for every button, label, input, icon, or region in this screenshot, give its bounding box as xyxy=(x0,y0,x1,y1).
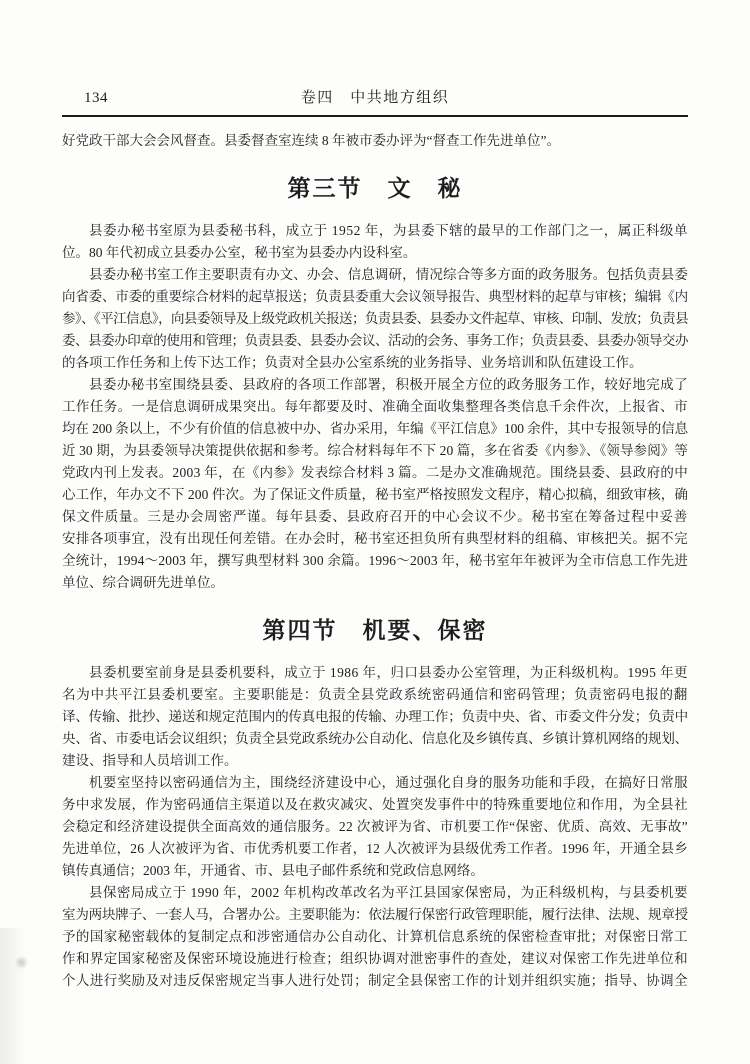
text-line-text: 名为中共平江县委机要室。主要职能是：负责全县党政系统密码通信和密码管理；负责密码… xyxy=(62,687,688,702)
paragraph: 县委机要室前身是县委机要科，成立于 1986 年，归口县委办公室管理，为正科级机… xyxy=(62,662,688,772)
text-line-text: 党政内刊上发表。2003 年，在《内参》发表综合材料 3 篇。二是办文准确规范。… xyxy=(62,465,688,480)
text-line-text: 室为两块牌子、一套人马，合署办公。主要职能为：依法履行保密行政管理职能，履行法律… xyxy=(62,907,688,922)
text-line: 县保密局成立于 1990 年，2002 年机构改革改名为平江县国家保密局，为正科… xyxy=(62,882,688,904)
text-line-text: 单位、综合调研先进单位。 xyxy=(62,575,224,590)
text-line-text: 建设、指导和人员培训工作。 xyxy=(62,753,238,768)
text-line-text: 会稳定和经济建设提供全面高效的通信服务。22 次被评为省、市机要工作“保密、优质… xyxy=(62,819,688,834)
text-line-text: 县委办秘书室原为县委秘书科，成立于 1952 年，为县委下辖的最早的工作部门之一… xyxy=(89,223,688,238)
text-line-text: 全统计，1994～2003 年，撰写典型材料 300 余篇。1996～2003 … xyxy=(62,553,688,568)
text-line: 党政内刊上发表。2003 年，在《内参》发表综合材料 3 篇。二是办文准确规范。… xyxy=(62,462,688,484)
paragraph: 县委办秘书室工作主要职责有办文、办会、信息调研，情况综合等多方面的政务服务。包括… xyxy=(62,264,688,374)
text-line: 安排各项事宜，没有出现任何差错。在办会时，秘书室还担负所有典型材料的组稿、审核把… xyxy=(62,528,688,550)
text-line-text: 央、省、市委电话会议组织；负责全县党政系统办公自动化、信息化及乡镇传真、乡镇计算… xyxy=(62,731,688,746)
text-line: 镇传真通信；2003 年，开通省、市、县电子邮件系统和党政信息网络。 xyxy=(62,860,688,882)
text-line: 保文件质量。三是办会周密严谨。每年县委、县政府召开的中心会议不少。秘书室在筹备过… xyxy=(62,506,688,528)
text-line-text: 县保密局成立于 1990 年，2002 年机构改革改名为平江县国家保密局，为正科… xyxy=(89,885,688,900)
text-line-text: 委、县委办印章的使用和管理；负责县委、县委办会议、活动的会务、事务工作；负责县委… xyxy=(62,333,688,348)
text-line: 均在 200 条以上，不少有价值的信息被中办、省办采用，年编《平江信息》100 … xyxy=(62,418,688,440)
text-line: 县委机要室前身是县委机要科，成立于 1986 年，归口县委办公室管理，为正科级机… xyxy=(62,662,688,684)
sections-container: 第三节 文 秘县委办秘书室原为县委秘书科，成立于 1952 年，为县委下辖的最早… xyxy=(62,173,688,992)
text-line: 的各项工作任务和上传下达工作；负责对全县办公室系统的业务指导、业务培训和队伍建设… xyxy=(62,352,688,374)
text-line-text: 参》、《平江信息》，向县委领导及上级党政机关报送；负责县委、县委办文件起草、审核… xyxy=(62,311,688,326)
scan-smudge xyxy=(15,956,28,969)
section-heading: 第三节 文 秘 xyxy=(62,173,688,203)
carryover-paragraph-line: 好党政干部大会会风督查。县委督查室连续 8 年被市委办评为“督查工作先进单位”。 xyxy=(62,130,688,152)
text-line: 先进单位，26 人次被评为省、市优秀机要工作者，12 人次被评为县级优秀工作者。… xyxy=(62,838,688,860)
paragraph: 机要室坚持以密码通信为主，围绕经济建设中心，通过强化自身的服务功能和手段，在搞好… xyxy=(62,772,688,882)
paragraph: 县保密局成立于 1990 年，2002 年机构改革改名为平江县国家保密局，为正科… xyxy=(62,882,688,992)
text-line: 近 30 期，为县委领导决策提供依据和参考。综合材料每年不下 20 篇，多在省委… xyxy=(62,440,688,462)
text-line: 名为中共平江县委机要室。主要职能是：负责全县党政系统密码通信和密码管理；负责密码… xyxy=(62,684,688,706)
section-heading: 第四节 机要、保密 xyxy=(62,615,688,645)
text-line: 位。80 年代初成立县委办公室，秘书室为县委办内设科室。 xyxy=(62,242,688,264)
text-line: 向省委、市委的重要综合材料的起草报送；负责县委重大会议领导报告、典型材料的起草与… xyxy=(62,286,688,308)
text-line: 委、县委办印章的使用和管理；负责县委、县委办会议、活动的会务、事务工作；负责县委… xyxy=(62,330,688,352)
running-header: 134 卷四 中共地方组织 xyxy=(62,88,688,108)
section: 第四节 机要、保密县委机要室前身是县委机要科，成立于 1986 年，归口县委办公… xyxy=(62,615,688,992)
text-line: 机要室坚持以密码通信为主，围绕经济建设中心，通过强化自身的服务功能和手段，在搞好… xyxy=(62,772,688,794)
text-line: 县委办秘书室围绕县委、县政府的各项工作部署，积极开展全方位的政务服务工作，较好地… xyxy=(62,374,688,396)
section: 第三节 文 秘县委办秘书室原为县委秘书科，成立于 1952 年，为县委下辖的最早… xyxy=(62,173,688,594)
text-line: 心工作，年办文不下 200 件次。为了保证文件质量，秘书室严格按照发文程序，精心… xyxy=(62,484,688,506)
running-title: 卷四 中共地方组织 xyxy=(62,88,688,108)
text-line-text: 向省委、市委的重要综合材料的起草报送；负责县委重大会议领导报告、典型材料的起草与… xyxy=(62,289,688,304)
text-line: 全统计，1994～2003 年，撰写典型材料 300 余篇。1996～2003 … xyxy=(62,550,688,572)
text-line-text: 个人进行奖励及对违反保密规定当事人进行处罚；制定全县保密工作的计划并组织实施；指… xyxy=(62,973,688,988)
text-line-text: 近 30 期，为县委领导决策提供依据和参考。综合材料每年不下 20 篇，多在省委… xyxy=(62,443,688,458)
text-line-text: 译、传输、批抄、递送和规定范围内的传真电报的传输、办理工作；负责中央、省、市委文… xyxy=(62,709,688,724)
carryover-text: 好党政干部大会会风督查。县委督查室连续 8 年被市委办评为“督查工作先进单位”。 xyxy=(62,133,560,148)
page-content: 134 卷四 中共地方组织 好党政干部大会会风督查。县委督查室连续 8 年被市委… xyxy=(0,0,750,992)
text-line-text: 安排各项事宜，没有出现任何差错。在办会时，秘书室还担负所有典型材料的组稿、审核把… xyxy=(62,531,688,546)
text-line: 个人进行奖励及对违反保密规定当事人进行处罚；制定全县保密工作的计划并组织实施；指… xyxy=(62,970,688,992)
text-line-text: 位。80 年代初成立县委办公室，秘书室为县委办内设科室。 xyxy=(62,245,416,260)
text-line-text: 务中求发展，作为密码通信主渠道以及在救灾减灾、处置突发事件中的特殊重要地位和作用… xyxy=(62,797,688,812)
text-line: 译、传输、批抄、递送和规定范围内的传真电报的传输、办理工作；负责中央、省、市委文… xyxy=(62,706,688,728)
text-line-text: 均在 200 条以上，不少有价值的信息被中办、省办采用，年编《平江信息》100 … xyxy=(62,421,688,436)
text-line: 县委办秘书室原为县委秘书科，成立于 1952 年，为县委下辖的最早的工作部门之一… xyxy=(62,220,688,242)
text-line: 会稳定和经济建设提供全面高效的通信服务。22 次被评为省、市机要工作“保密、优质… xyxy=(62,816,688,838)
text-line: 予的国家秘密载体的复制定点和涉密通信办公自动化、计算机信息系统的保密检查审批；对… xyxy=(62,926,688,948)
text-line-text: 镇传真通信；2003 年，开通省、市、县电子邮件系统和党政信息网络。 xyxy=(62,863,484,878)
text-line: 参》、《平江信息》，向县委领导及上级党政机关报送；负责县委、县委办文件起草、审核… xyxy=(62,308,688,330)
paragraph: 县委办秘书室围绕县委、县政府的各项工作部署，积极开展全方位的政务服务工作，较好地… xyxy=(62,374,688,594)
text-line-text: 机要室坚持以密码通信为主，围绕经济建设中心，通过强化自身的服务功能和手段，在搞好… xyxy=(89,775,688,790)
text-line-text: 工作任务。一是信息调研成果突出。每年都要及时、准确全面收集整理各类信息千余件次，… xyxy=(62,399,688,414)
page-number: 134 xyxy=(84,88,108,108)
header-rule xyxy=(62,115,688,117)
text-line: 务中求发展，作为密码通信主渠道以及在救灾减灾、处置突发事件中的特殊重要地位和作用… xyxy=(62,794,688,816)
text-line-text: 作和界定国家秘密及保密环境设施进行检查；组织协调对泄密事件的查处，建议对保密工作… xyxy=(62,951,688,966)
text-line-text: 县委办秘书室工作主要职责有办文、办会、信息调研，情况综合等多方面的政务服务。包括… xyxy=(89,267,688,282)
text-line: 工作任务。一是信息调研成果突出。每年都要及时、准确全面收集整理各类信息千余件次，… xyxy=(62,396,688,418)
scanned-book-page: { "colors": { "paper": "#fdfdfc", "ink":… xyxy=(0,0,750,1064)
text-line: 单位、综合调研先进单位。 xyxy=(62,572,688,594)
scan-edge-shadow xyxy=(0,928,26,1064)
text-line: 室为两块牌子、一套人马，合署办公。主要职能为：依法履行保密行政管理职能，履行法律… xyxy=(62,904,688,926)
text-line: 县委办秘书室工作主要职责有办文、办会、信息调研，情况综合等多方面的政务服务。包括… xyxy=(62,264,688,286)
text-line-text: 心工作，年办文不下 200 件次。为了保证文件质量，秘书室严格按照发文程序，精心… xyxy=(62,487,688,502)
text-line-text: 的各项工作任务和上传下达工作；负责对全县办公室系统的业务指导、业务培训和队伍建设… xyxy=(62,355,643,370)
paragraph: 县委办秘书室原为县委秘书科，成立于 1952 年，为县委下辖的最早的工作部门之一… xyxy=(62,220,688,264)
text-line-text: 县委机要室前身是县委机要科，成立于 1986 年，归口县委办公室管理，为正科级机… xyxy=(89,665,688,680)
text-line: 建设、指导和人员培训工作。 xyxy=(62,750,688,772)
text-line: 作和界定国家秘密及保密环境设施进行检查；组织协调对泄密事件的查处，建议对保密工作… xyxy=(62,948,688,970)
text-line-text: 予的国家秘密载体的复制定点和涉密通信办公自动化、计算机信息系统的保密检查审批；对… xyxy=(62,929,688,944)
text-line-text: 先进单位，26 人次被评为省、市优秀机要工作者，12 人次被评为县级优秀工作者。… xyxy=(62,841,688,856)
text-line: 央、省、市委电话会议组织；负责全县党政系统办公自动化、信息化及乡镇传真、乡镇计算… xyxy=(62,728,688,750)
text-line-text: 县委办秘书室围绕县委、县政府的各项工作部署，积极开展全方位的政务服务工作，较好地… xyxy=(89,377,688,392)
text-line-text: 保文件质量。三是办会周密严谨。每年县委、县政府召开的中心会议不少。秘书室在筹备过… xyxy=(62,509,688,524)
